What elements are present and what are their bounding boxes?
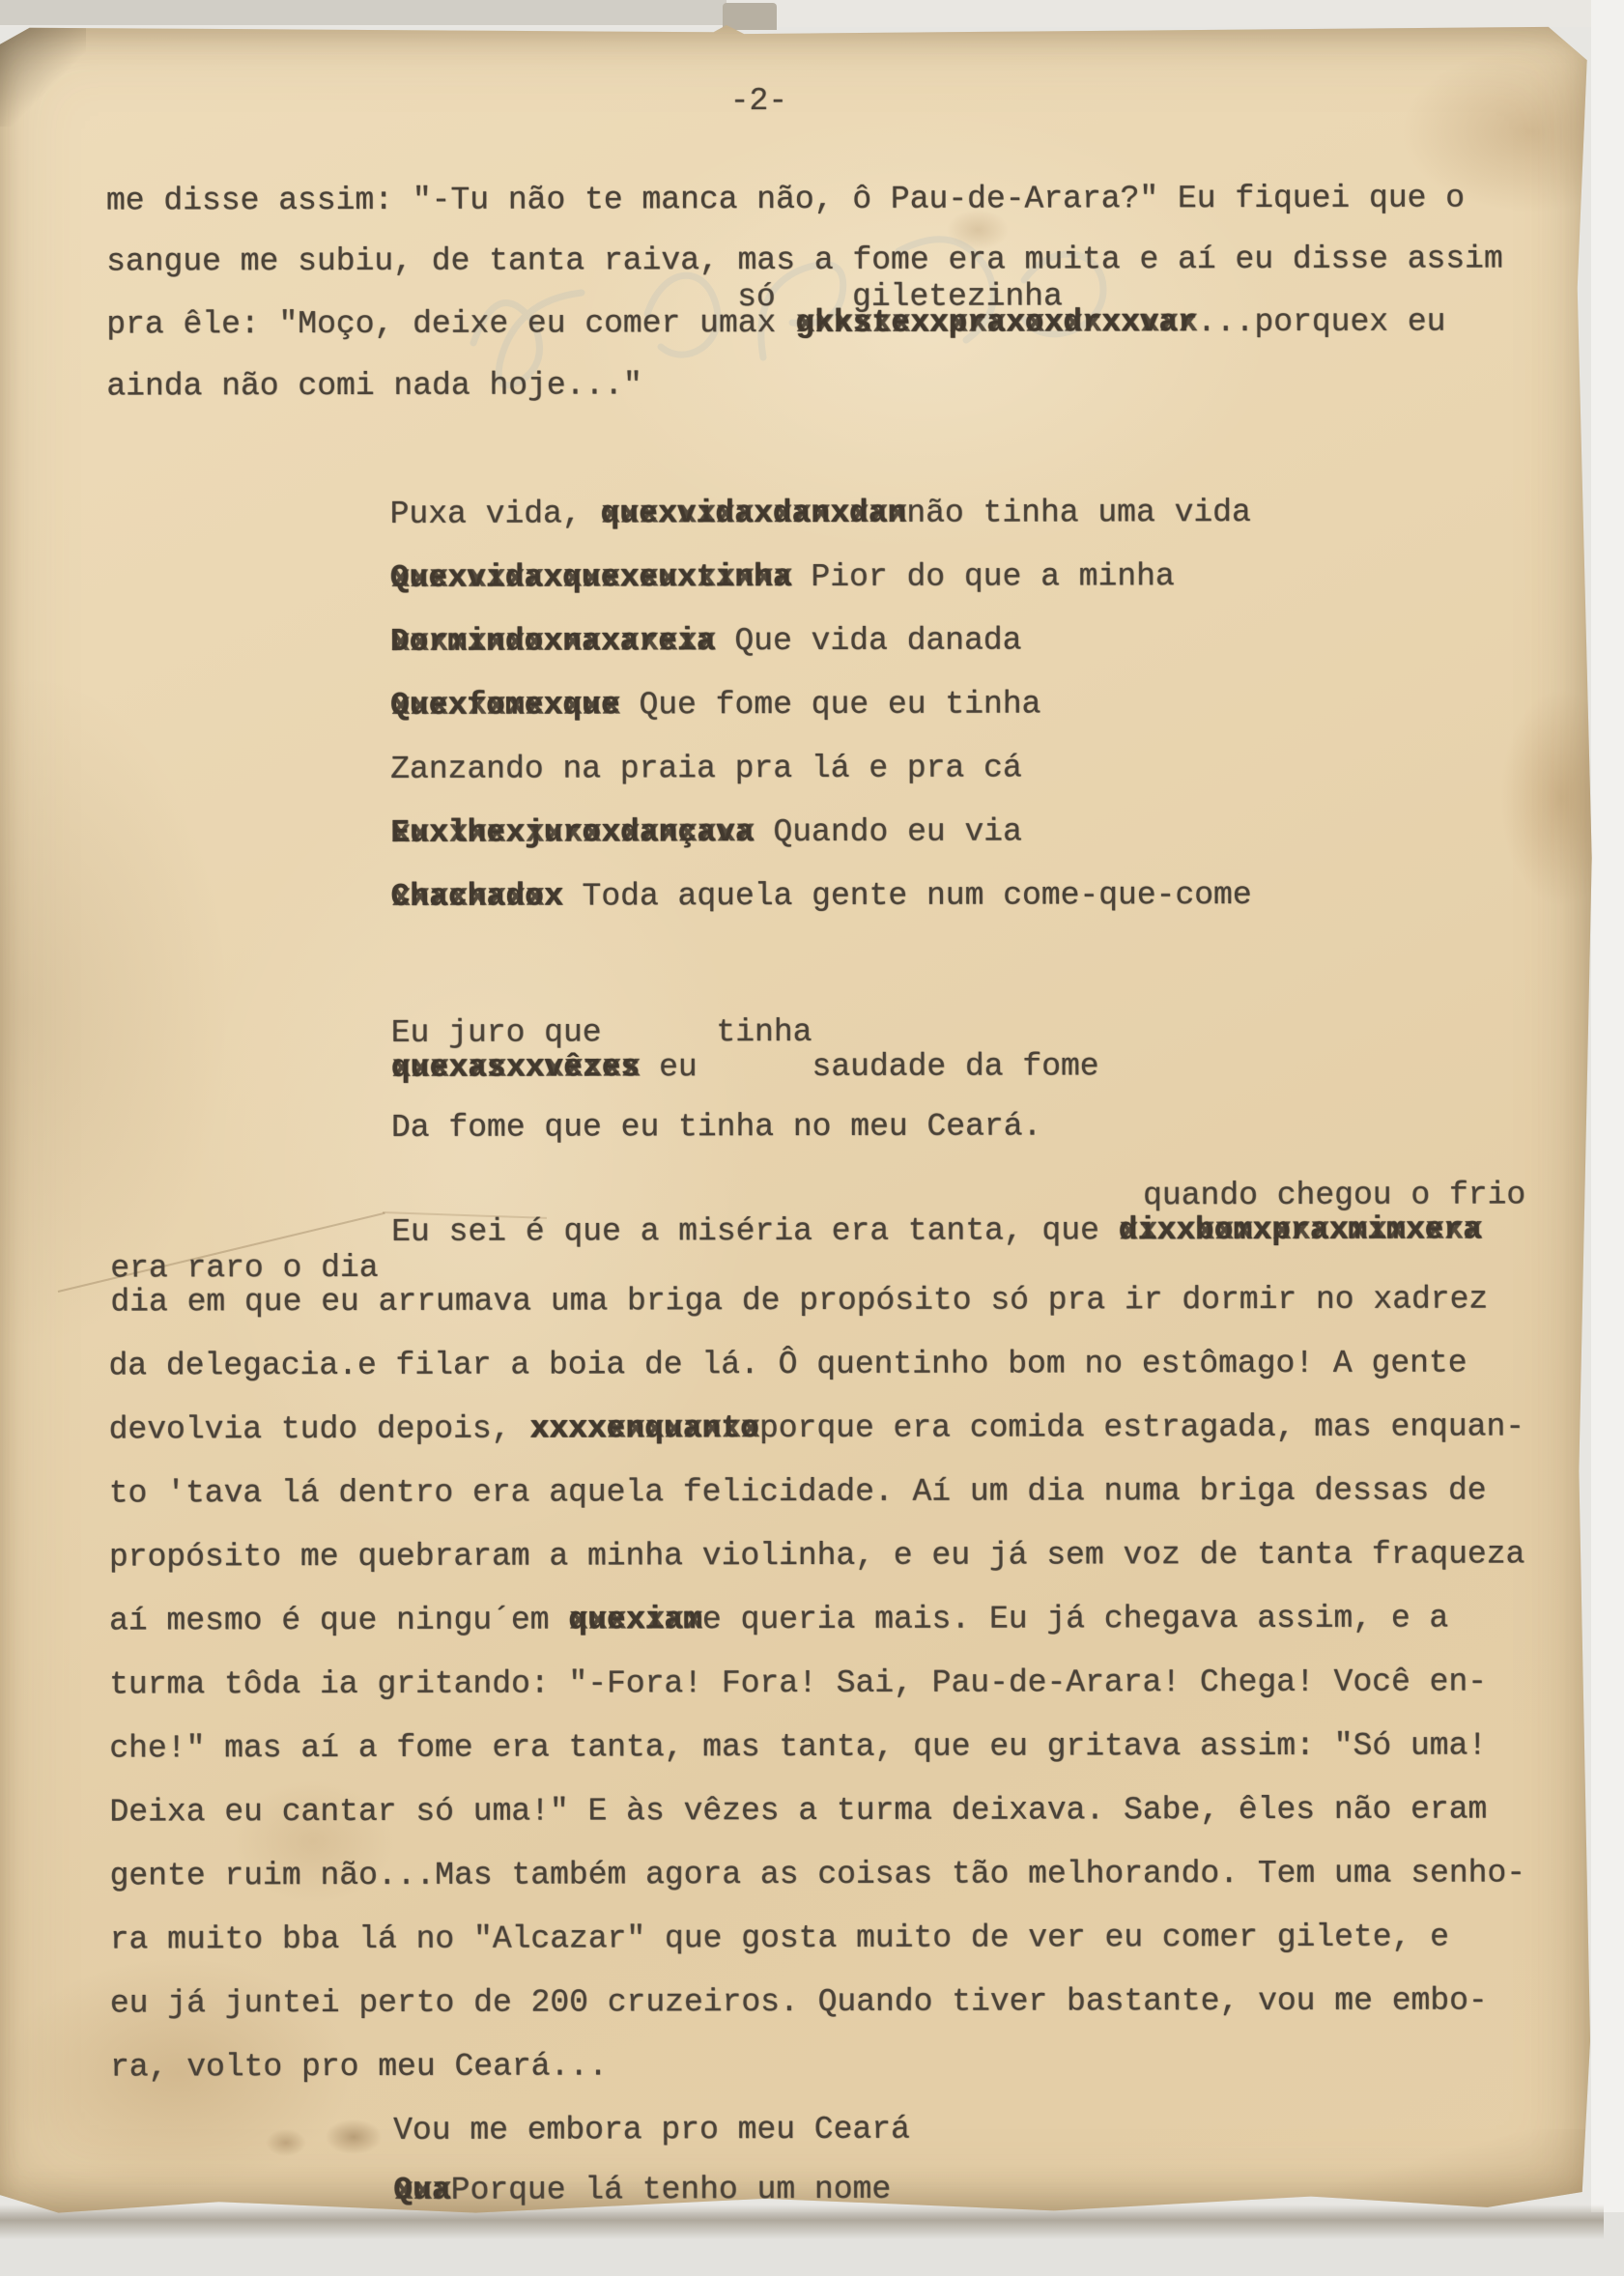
text-run: Da fome que eu tinha no meu Ceará. xyxy=(391,1109,1041,1146)
typed-line: devolvia tudo depois, xxxxenquantoporque… xyxy=(109,1410,1525,1446)
overstruck-text-run: Chachadox xyxy=(390,879,562,915)
typed-line: da delegacia.e filar a boia de lá. Ô que… xyxy=(108,1348,1467,1383)
text-run: Eu juro que tinha xyxy=(391,1014,812,1051)
text-run: che!" mas aí a fome era tanta, mas tanta… xyxy=(109,1728,1487,1767)
overstruck-text-run: Dormindoxnaxareia xyxy=(390,623,716,660)
typed-line: QuaPorque lá tenho um nome xyxy=(393,2174,891,2207)
typed-line: quexasxxvêzes eu saudade da fome xyxy=(391,1050,1099,1085)
typed-line: Zanzando na praia pra lá e pra cá xyxy=(390,753,1022,786)
typed-line: dia em que eu arrumava uma briga de prop… xyxy=(110,1284,1488,1320)
text-run: Porque lá tenho um nome xyxy=(451,2172,892,2208)
overstruck-text-run: quexvidaxdanxdan xyxy=(600,496,906,532)
typed-line: ra, volto pro meu Ceará... xyxy=(110,2050,608,2084)
text-run: ...porquex eu xyxy=(1197,304,1446,341)
text-run: porque era comida estragada, mas enquan- xyxy=(759,1408,1524,1446)
text-run: Deixa eu cantar só uma!" E às vêzes a tu… xyxy=(109,1792,1487,1831)
page-number: -2- xyxy=(730,85,787,118)
overstruck-text-run: Quexvidaxquexeuxtinha xyxy=(390,559,792,596)
typed-line: Eu juro que tinha xyxy=(391,1016,812,1050)
typed-line: quando chegou o frio xyxy=(1143,1179,1525,1212)
text-run: da delegacia.e filar a boia de lá. Ô que… xyxy=(108,1346,1467,1384)
typed-line: to 'tava lá dentro era aquela felicidade… xyxy=(109,1475,1487,1511)
typed-line: ainda não comi nada hoje..." xyxy=(106,369,642,403)
text-run: devolvia tudo depois, xyxy=(109,1411,530,1448)
typed-line: turma tôda ia gritando: "-Fora! Fora! Sa… xyxy=(109,1666,1487,1702)
text-run: turma tôda ia gritando: "-Fora! Fora! Sa… xyxy=(109,1664,1487,1703)
typed-text-layer: -2- me disse assim: "-Tu não te manca nã… xyxy=(0,0,1624,2276)
text-run: era raro o dia xyxy=(110,1250,378,1287)
typed-line: era raro o dia xyxy=(110,1252,378,1286)
text-run: eu saudade da fome xyxy=(640,1048,1098,1085)
typed-line: che!" mas aí a fome era tanta, mas tanta… xyxy=(109,1730,1487,1766)
text-run: ainda não comi nada hoje..." xyxy=(106,367,642,404)
text-run: Eu sei é que a miséria era tanta, que xyxy=(391,1212,1119,1250)
scanned-page-stage: -2- me disse assim: "-Tu não te manca nã… xyxy=(0,0,1624,2276)
text-run: não tinha uma vida xyxy=(906,495,1251,531)
overstruck-text-run: gkkstexxpraxoxdrxxvar xyxy=(795,304,1197,341)
text-run: Que vida danada xyxy=(716,623,1022,660)
typed-line: aí mesmo é que ningu´em quexiame queria … xyxy=(109,1603,1448,1638)
overstruck-text-run: xxxxenquanto xyxy=(529,1410,759,1446)
typed-line: Dormindoxnaxareia Que vida danada xyxy=(390,625,1022,659)
text-run: quando chegou o frio xyxy=(1143,1177,1525,1213)
text-run: Vou me embora pro meu Ceará xyxy=(393,2112,910,2148)
typed-line: Quexvidaxquexeuxtinha Pior do que a minh… xyxy=(390,560,1175,595)
text-run: ra, volto pro meu Ceará... xyxy=(110,2048,608,2085)
text-run: eu já juntei perto de 200 cruzeiros. Qua… xyxy=(110,1983,1488,2022)
typed-line: propósito me quebraram a minha violinha,… xyxy=(109,1538,1525,1574)
text-run: gente ruim não...Mas também agora as coi… xyxy=(110,1855,1526,1893)
text-run: pra êle: "Moço, deixe eu comer umax xyxy=(106,305,795,342)
overstruck-text-run: dixxbomxpraxmimxera xyxy=(1119,1212,1482,1249)
typed-line: me disse assim: "-Tu não te manca não, ô… xyxy=(106,183,1465,218)
text-run: Quando eu via xyxy=(755,814,1022,851)
text-run: Pior do que a minha xyxy=(792,558,1175,595)
text-run: Toda aquela gente num come-que-come xyxy=(563,877,1252,914)
overstruck-text-run: quexasxxvêzes xyxy=(391,1049,641,1086)
text-run: to 'tava lá dentro era aquela felicidade… xyxy=(109,1473,1487,1512)
typed-line: pra êle: "Moço, deixe eu comer umax gkks… xyxy=(106,306,1445,342)
text-run: dia em que eu arrumava uma briga de prop… xyxy=(110,1282,1488,1321)
typed-line: Chachadox Toda aquela gente num come-que… xyxy=(390,879,1251,914)
text-run: ra muito bba lá no "Alcazar" que gosta m… xyxy=(110,1920,1449,1958)
typed-line: Da fome que eu tinha no meu Ceará. xyxy=(391,1111,1041,1145)
text-run: Que fome que eu tinha xyxy=(620,687,1041,724)
text-run: aí mesmo é que ningu´em xyxy=(109,1603,568,1639)
typed-line: Quexfomexque Que fome que eu tinha xyxy=(390,689,1040,723)
text-run: Puxa vida, xyxy=(390,496,601,531)
overstruck-text-run: Quexfomexque xyxy=(390,687,620,723)
text-run: e queria mais. Eu já chegava assim, e a xyxy=(702,1601,1448,1638)
overstruck-text-run: Qua xyxy=(393,2173,450,2208)
typed-line: sangue me subiu, de tanta raiva, mas a f… xyxy=(106,243,1503,279)
text-run: me disse assim: "-Tu não te manca não, ô… xyxy=(106,181,1465,219)
typed-line: gente ruim não...Mas também agora as coi… xyxy=(110,1857,1526,1892)
typed-line: eu já juntei perto de 200 cruzeiros. Qua… xyxy=(110,1985,1488,2021)
text-run: Zanzando na praia pra lá e pra cá xyxy=(390,751,1022,787)
overstruck-text-run: Euxlhexjuroxdançava xyxy=(390,814,754,851)
typed-line: Puxa vida, quexvidaxdanxdannão tinha uma… xyxy=(390,497,1251,531)
typed-line: Vou me embora pro meu Ceará xyxy=(393,2114,910,2148)
overstruck-text-run: quexiam xyxy=(568,1602,702,1637)
typed-line: Euxlhexjuroxdançava Quando eu via xyxy=(390,816,1022,850)
typed-line: Deixa eu cantar só uma!" E às vêzes a tu… xyxy=(109,1794,1487,1830)
text-run: sangue me subiu, de tanta raiva, mas a f… xyxy=(106,242,1503,280)
typed-line: ra muito bba lá no "Alcazar" que gosta m… xyxy=(110,1921,1449,1957)
text-run: propósito me quebraram a minha violinha,… xyxy=(109,1536,1525,1575)
typed-line: Eu sei é que a miséria era tanta, que di… xyxy=(391,1214,1482,1249)
